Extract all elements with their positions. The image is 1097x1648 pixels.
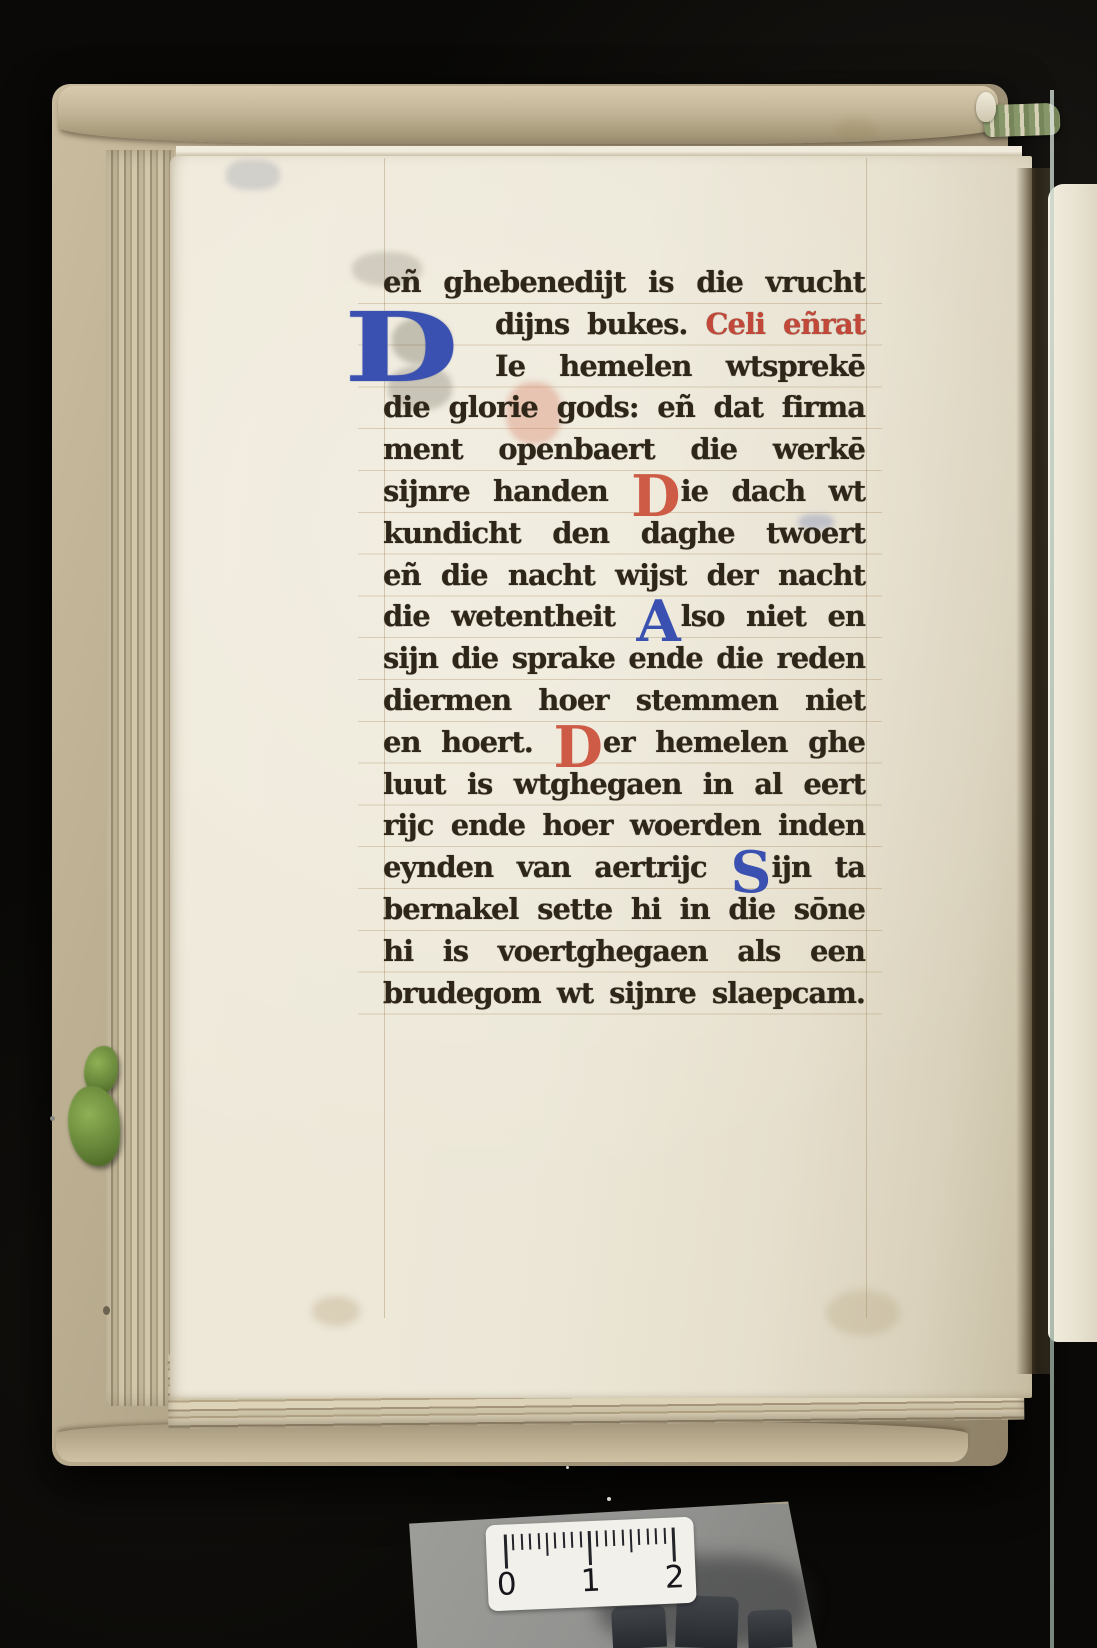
photo-backdrop: D eñ ghebenedijt is die vruchtdijns buke… [0, 0, 1097, 1648]
ruler-tick [579, 1531, 582, 1547]
ruler-number: 1 [580, 1563, 601, 1600]
glass-edge [1050, 90, 1054, 1648]
text-line: Ie hemelen wtsprekē [383, 346, 865, 388]
ink-text: lso niet en [681, 599, 865, 633]
ruler-number: 0 [496, 1566, 517, 1603]
ink-text: bernakel sette hi in die sōne [383, 892, 865, 926]
ruler-tick [546, 1533, 549, 1556]
stain [312, 1296, 360, 1326]
ink-text: hi is voertghegaen als een [383, 934, 865, 968]
text-line: luut is wtghegaen in al eert [383, 764, 865, 806]
foliation-smudge [226, 160, 280, 190]
dust-speck [566, 1466, 569, 1469]
text-line: eñ ghebenedijt is die vrucht [383, 262, 865, 304]
text-line: ment openbaert die werkē [383, 429, 865, 471]
ruler-tick [630, 1529, 633, 1552]
clip [747, 1609, 792, 1648]
ruler-tick [504, 1535, 508, 1569]
ink-text: sijnre handen [383, 474, 631, 508]
ruler-tick [646, 1529, 649, 1545]
ink-text: en hoert. [383, 725, 553, 759]
ruled-line-vertical-right [866, 158, 867, 1318]
recto-page-edge [1048, 184, 1097, 1342]
ruler-tick [604, 1530, 607, 1546]
ruler-tick [529, 1533, 532, 1549]
ruler-tick [655, 1528, 658, 1544]
text-line: diermen hoer stemmen niet [383, 680, 865, 722]
text-line: die glorie gods: eñ dat firma [383, 387, 865, 429]
ruler-tick [613, 1530, 616, 1546]
text-line: en hoert. Der hemelen ghe [383, 722, 865, 764]
gutter-shadow [1016, 168, 1050, 1374]
page-stack-left-edges [106, 150, 174, 1406]
text-line: sijnre handen Die dach wt [383, 471, 865, 513]
ruler-tick [588, 1531, 592, 1565]
text-line: eñ die nacht wijst der nacht [383, 555, 865, 597]
ink-text: brudegom wt sijnre slaepcam. [383, 976, 865, 1010]
text-line: hi is voertghegaen als een [383, 931, 865, 973]
ruler-scale-label: 012 [485, 1517, 696, 1612]
ink-text: rijc ende hoer woerden inden [383, 808, 865, 842]
ink-text: eñ die nacht wijst der nacht [383, 558, 865, 592]
ink-text: ment openbaert die werkē [383, 432, 865, 466]
text-line: bernakel sette hi in die sōne [383, 889, 865, 931]
ruler-tick [638, 1529, 641, 1545]
ink-text: eynden van aertrijc [383, 850, 730, 884]
ink-text: Ie hemelen wtsprekē [495, 349, 865, 383]
ink-text: ijn ta [772, 850, 865, 884]
dust-speck [50, 1116, 55, 1121]
stain [826, 1290, 900, 1336]
text-line: rijc ende hoer woerden inden [383, 805, 865, 847]
ink-text: eñ ghebenedijt is die vrucht [383, 265, 865, 299]
ruler-tick [672, 1527, 676, 1561]
ruler-tick [554, 1532, 557, 1548]
text-line: sijn die sprake ende die reden [383, 638, 865, 680]
text-line: die wetentheit Also niet en [383, 596, 865, 638]
text-line: brudegom wt sijnre slaepcam. [383, 973, 865, 1015]
vellum-tab [976, 92, 996, 122]
text-line: dijns bukes. Celi eñrat [383, 304, 865, 346]
rubric-text: Celi eñrat [705, 307, 865, 341]
ink-text: luut is wtghegaen in al eert [383, 767, 865, 801]
ruler-tick [512, 1534, 515, 1550]
dust-speck [607, 1497, 611, 1501]
ink-text: diermen hoer stemmen niet [383, 683, 865, 717]
ink-text: sijn die sprake ende die reden [383, 641, 865, 675]
clip [611, 1605, 667, 1648]
stain [836, 118, 876, 140]
ink-text: ie dach wt [681, 474, 865, 508]
text-block: eñ ghebenedijt is die vruchtdijns bukes.… [383, 262, 865, 1014]
ruler-tick [562, 1532, 565, 1548]
ruler-tick [596, 1531, 599, 1547]
text-line: kundicht den daghe twoert [383, 513, 865, 555]
ink-text: die glorie gods: eñ dat firma [383, 390, 865, 424]
ruler-number: 2 [664, 1559, 685, 1596]
ruler-tick [663, 1528, 666, 1544]
ink-text: dijns bukes. [495, 307, 705, 341]
page-edge-hole [103, 1306, 110, 1315]
ruler-tick [621, 1530, 624, 1546]
ruler-tick [537, 1533, 540, 1549]
text-line: eynden van aertrijc Sijn ta [383, 847, 865, 889]
ink-text: die wetentheit [383, 599, 637, 633]
ink-text: er hemelen ghe [603, 725, 865, 759]
ink-text: kundicht den daghe twoert [383, 516, 865, 550]
ruler-tick [520, 1534, 523, 1550]
ruler-tick [571, 1532, 574, 1548]
